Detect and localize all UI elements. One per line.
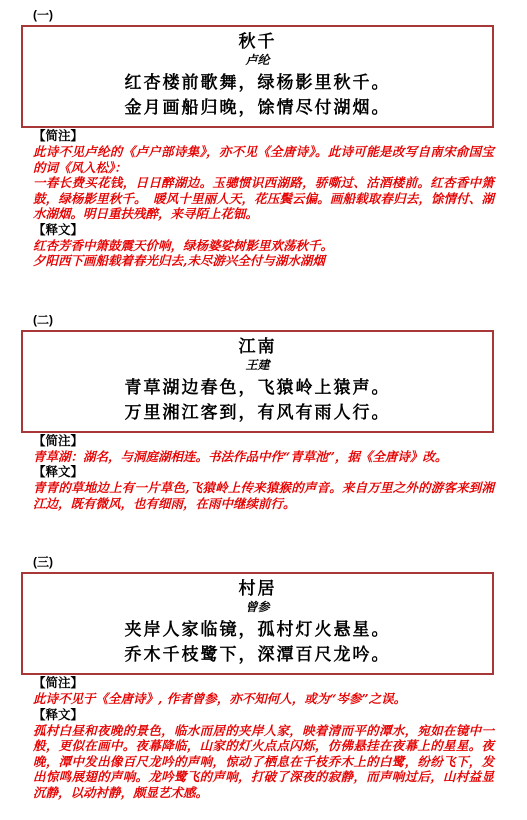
annotations: 【简注】 此诗不见于《全唐诗》, 作者曾参，亦不知何人，或为“岑参”之误。 【释…: [33, 676, 494, 800]
poem-author: 卢纶: [29, 53, 486, 68]
poem-box: 村居 曾参 夹岸人家临镜，孤村灯火悬星。 乔木千枝鹭下，深潭百尺龙吟。: [21, 572, 494, 675]
shiwen-text: 青青的草地边上有一片草色,飞猿岭上传来猿猴的声音。来自万里之外的游客来到湘江边，…: [33, 480, 494, 511]
shiwen-paragraph: 孤村白昼和夜晚的景色，临水而居的夹岸人家，映着清而平的潭水，宛如在镜中一般，更似…: [33, 723, 494, 801]
poem-title: 村居: [29, 578, 486, 599]
jianzhu-header: 【简注】: [33, 434, 494, 449]
annotations: 【简注】 青草湖：湖名，与洞庭湖相连。书法作品中作“青草池”，据《全唐诗》改。 …: [33, 434, 494, 512]
poem-box: 秋千 卢纶 红杏楼前歌舞，绿杨影里秋千。 金月画船归晚，馀情尽付湖烟。: [21, 25, 494, 128]
jianzhu-header: 【简注】: [33, 129, 494, 144]
jianzhu-header: 【简注】: [33, 676, 494, 691]
annotations: 【简注】 此诗不见卢纶的《卢户部诗集》，亦不见《全唐诗》。此诗可能是改写自南宋俞…: [33, 129, 494, 269]
section-2: (二) 江南 王建 青草湖边春色，飞猿岭上猿声。 万里湘江客到，有风有雨人行。 …: [21, 313, 494, 512]
section-3: (三) 村居 曾参 夹岸人家临镜，孤村灯火悬星。 乔木千枝鹭下，深潭百尺龙吟。 …: [21, 555, 494, 800]
shiwen-text: 红杏芳香中箫鼓震天价响，绿杨婆娑树影里欢荡秋千。 夕阳西下画船载着春光归去,未尽…: [33, 238, 494, 269]
poem-line: 乔木千枝鹭下，深潭百尺龙吟。: [29, 642, 486, 667]
poem-title: 秋千: [29, 31, 486, 52]
shiwen-header: 【释文】: [33, 708, 494, 723]
shiwen-header: 【释文】: [33, 465, 494, 480]
poem-author: 曾参: [29, 600, 486, 615]
jianzhu-paragraph: 一春长费买花钱，日日醉湖边。玉骢惯识西湖路，骄嘶过、沽酒楼前。红杏香中箫鼓，绿杨…: [33, 175, 494, 222]
section-number: (一): [33, 8, 494, 23]
jianzhu-paragraph: 此诗不见于《全唐诗》, 作者曾参，亦不知何人，或为“岑参”之误。: [33, 691, 494, 707]
poem-line: 夹岸人家临镜，孤村灯火悬星。: [29, 617, 486, 642]
shiwen-paragraph: 青青的草地边上有一片草色,飞猿岭上传来猿猴的声音。来自万里之外的游客来到湘江边，…: [33, 480, 494, 511]
poem-line: 红杏楼前歌舞，绿杨影里秋千。: [29, 70, 486, 95]
document-page: (一) 秋千 卢纶 红杏楼前歌舞，绿杨影里秋千。 金月画船归晚，馀情尽付湖烟。 …: [0, 0, 527, 820]
jianzhu-text: 此诗不见卢纶的《卢户部诗集》，亦不见《全唐诗》。此诗可能是改写自南宋俞国宝的词《…: [33, 144, 494, 222]
jianzhu-text: 青草湖：湖名，与洞庭湖相连。书法作品中作“青草池”，据《全唐诗》改。: [33, 449, 494, 465]
jianzhu-paragraph: 此诗不见卢纶的《卢户部诗集》，亦不见《全唐诗》。此诗可能是改写自南宋俞国宝的词《…: [33, 144, 494, 175]
shiwen-paragraph: 红杏芳香中箫鼓震天价响，绿杨婆娑树影里欢荡秋千。: [33, 238, 494, 254]
section-1: (一) 秋千 卢纶 红杏楼前歌舞，绿杨影里秋千。 金月画船归晚，馀情尽付湖烟。 …: [21, 8, 494, 269]
shiwen-header: 【释文】: [33, 223, 494, 238]
poem-box: 江南 王建 青草湖边春色，飞猿岭上猿声。 万里湘江客到，有风有雨人行。: [21, 330, 494, 433]
section-number: (二): [33, 313, 494, 328]
section-number: (三): [33, 555, 494, 570]
poem-author: 王建: [29, 358, 486, 373]
poem-line: 青草湖边春色，飞猿岭上猿声。: [29, 375, 486, 400]
shiwen-text: 孤村白昼和夜晚的景色，临水而居的夹岸人家，映着清而平的潭水，宛如在镜中一般，更似…: [33, 723, 494, 801]
jianzhu-paragraph: 青草湖：湖名，与洞庭湖相连。书法作品中作“青草池”，据《全唐诗》改。: [33, 449, 494, 465]
shiwen-paragraph: 夕阳西下画船载着春光归去,未尽游兴全付与湖水湖烟: [33, 253, 494, 269]
jianzhu-text: 此诗不见于《全唐诗》, 作者曾参，亦不知何人，或为“岑参”之误。: [33, 691, 494, 707]
poem-line: 万里湘江客到，有风有雨人行。: [29, 400, 486, 425]
poem-title: 江南: [29, 336, 486, 357]
poem-line: 金月画船归晚，馀情尽付湖烟。: [29, 95, 486, 120]
